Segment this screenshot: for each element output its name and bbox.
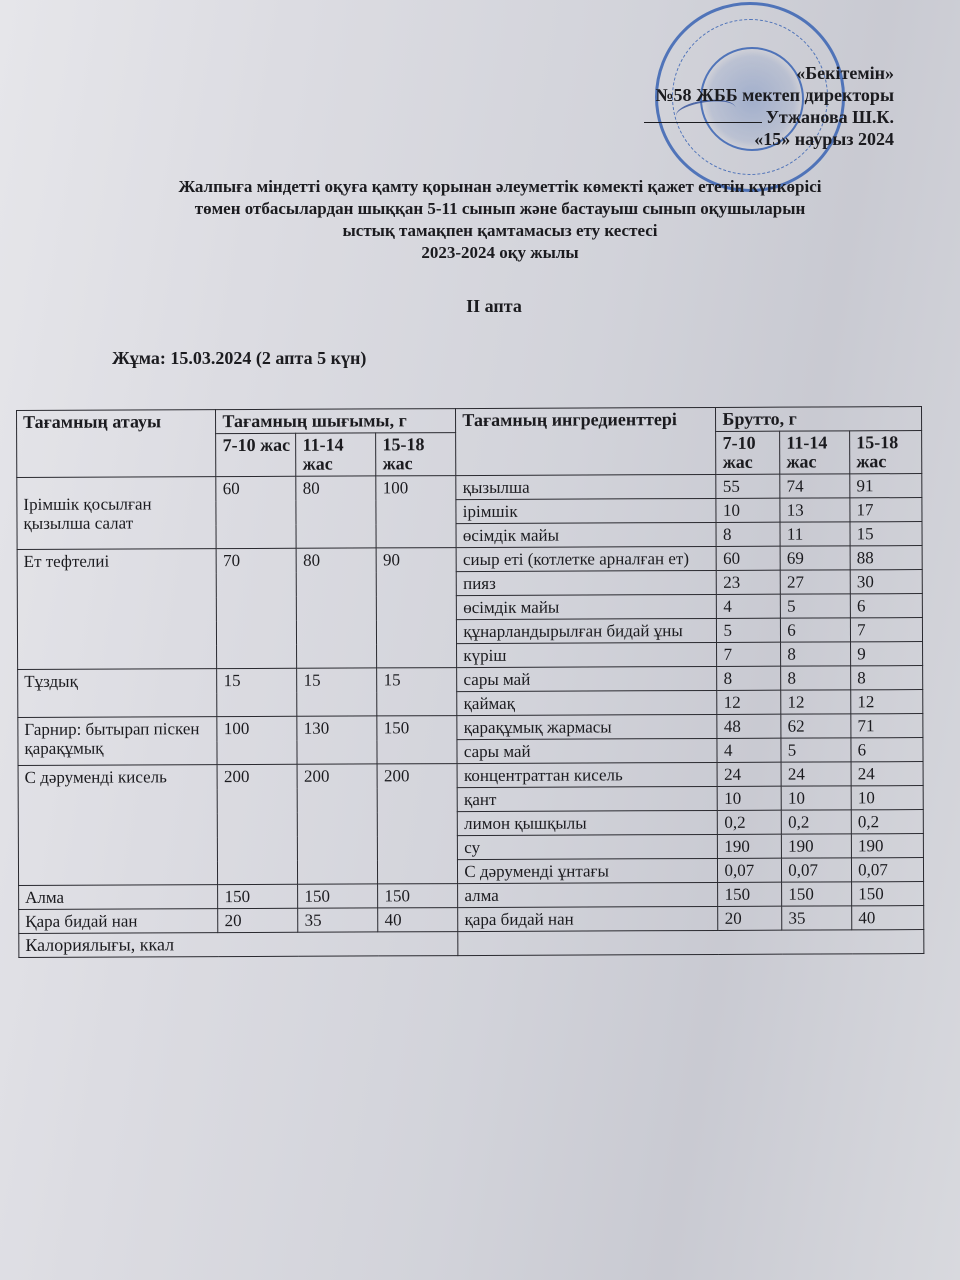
dish-yield-age-2: 80 xyxy=(296,548,376,668)
title-line-3: ыстық тамақпен қамтамасыз ету кестесі xyxy=(100,220,900,242)
dish-yield-age-3: 90 xyxy=(376,548,456,668)
ingredient-brutto-age-2: 190 xyxy=(782,834,852,858)
ingredient-brutto-age-2: 27 xyxy=(780,570,850,594)
signature-line xyxy=(644,122,762,123)
ingredient-brutto-age-1: 150 xyxy=(718,882,782,906)
ingredient-brutto-age-2: 150 xyxy=(782,882,852,906)
ingredient-brutto-age-2: 13 xyxy=(780,498,850,522)
ingredient-brutto-age-1: 7 xyxy=(717,642,781,666)
header-brutto-age-1: 7-10 жас xyxy=(716,431,780,474)
ingredient-brutto-age-3: 190 xyxy=(851,834,923,858)
ingredient-brutto-age-2: 35 xyxy=(782,906,852,930)
calories-label: Калориялығы, ккал xyxy=(19,932,458,958)
calories-row: Калориялығы, ккал xyxy=(19,930,924,958)
ingredient-brutto-age-1: 60 xyxy=(717,546,781,570)
approval-block: «Бекітемін» №58 ЖББ мектеп директоры Утж… xyxy=(644,62,894,150)
dish-yield-age-3: 150 xyxy=(377,716,457,764)
ingredient-name: қант xyxy=(457,786,717,811)
dish-yield-age-1: 15 xyxy=(217,668,297,716)
approval-date: «15» наурыз 2024 xyxy=(644,128,894,150)
ingredient-brutto-age-1: 23 xyxy=(717,570,781,594)
dish-name: Тұздық xyxy=(18,669,218,718)
header-yield-age-2: 11-14 жас xyxy=(296,433,376,476)
ingredient-name: сиыр еті (котлетке арналған ет) xyxy=(456,546,716,571)
ingredient-name: күріш xyxy=(457,642,717,667)
ingredient-brutto-age-3: 6 xyxy=(850,594,922,618)
dish-yield-age-1: 150 xyxy=(218,884,298,908)
ingredient-brutto-age-3: 40 xyxy=(852,906,924,930)
ingredient-brutto-age-3: 91 xyxy=(850,474,922,498)
ingredient-brutto-age-3: 10 xyxy=(851,786,923,810)
ingredient-brutto-age-2: 8 xyxy=(781,666,851,690)
ingredient-brutto-age-1: 12 xyxy=(717,690,781,714)
ingredient-name: қаймақ xyxy=(457,690,717,715)
dish-yield-age-3: 40 xyxy=(378,908,458,932)
ingredient-name: өсімдік майы xyxy=(456,522,716,547)
menu-body: Ірімшік қосылған қызылша салат6080100қыз… xyxy=(17,474,924,934)
header-yield: Тағамның шығымы, г xyxy=(216,409,456,434)
menu-table: Тағамның атауы Тағамның шығымы, г Тағамн… xyxy=(16,406,924,958)
ingredient-brutto-age-2: 10 xyxy=(781,786,851,810)
ingredient-brutto-age-2: 74 xyxy=(780,474,850,498)
dish-yield-age-2: 150 xyxy=(298,884,378,908)
ingredient-name: қарақұмық жармасы xyxy=(457,714,717,739)
dish-yield-age-3: 200 xyxy=(377,764,457,884)
dish-yield-age-1: 200 xyxy=(217,764,297,884)
dish-name: Ірімшік қосылған қызылша салат xyxy=(17,477,217,550)
ingredient-brutto-age-1: 0,07 xyxy=(718,858,782,882)
ingredient-brutto-age-1: 24 xyxy=(718,762,782,786)
ingredient-brutto-age-1: 0,2 xyxy=(718,810,782,834)
title-line-1: Жалпыға міндетті оқуға қамту қорынан әле… xyxy=(100,176,900,198)
ingredient-brutto-age-1: 5 xyxy=(717,618,781,642)
dish-yield-age-2: 200 xyxy=(297,764,377,884)
ingredient-name: С дәруменді ұнтағы xyxy=(458,858,718,883)
ingredient-brutto-age-3: 9 xyxy=(851,642,923,666)
header-yield-age-1: 7-10 жас xyxy=(216,433,296,476)
ingredient-brutto-age-3: 88 xyxy=(850,546,922,570)
ingredient-brutto-age-2: 69 xyxy=(780,546,850,570)
ingredient-brutto-age-3: 0,07 xyxy=(852,858,924,882)
ingredient-brutto-age-2: 5 xyxy=(781,738,851,762)
ingredient-brutto-age-2: 0,07 xyxy=(782,858,852,882)
dish-yield-age-1: 60 xyxy=(216,476,296,548)
dish-name: С дәруменді кисель xyxy=(18,765,218,886)
dish-name: Алма xyxy=(19,885,219,910)
ingredient-brutto-age-2: 8 xyxy=(781,642,851,666)
dish-yield-age-3: 100 xyxy=(376,476,456,548)
ingredient-name: пияз xyxy=(457,570,717,595)
dish-yield-age-3: 15 xyxy=(377,668,457,716)
title-line-4: 2023-2024 оқу жылы xyxy=(100,242,900,264)
ingredient-brutto-age-1: 4 xyxy=(717,594,781,618)
ingredient-brutto-age-3: 12 xyxy=(851,690,923,714)
header-brutto-age-2: 11-14 жас xyxy=(780,431,850,474)
dish-yield-age-3: 150 xyxy=(378,884,458,908)
ingredient-brutto-age-3: 17 xyxy=(850,498,922,522)
ingredient-brutto-age-1: 8 xyxy=(716,522,780,546)
ingredient-brutto-age-1: 55 xyxy=(716,474,780,498)
dish-yield-age-1: 20 xyxy=(218,908,298,932)
ingredient-brutto-age-1: 20 xyxy=(718,906,782,930)
header-brutto: Брутто, г xyxy=(716,407,922,432)
ingredient-brutto-age-1: 10 xyxy=(716,498,780,522)
ingredient-brutto-age-2: 6 xyxy=(781,618,851,642)
ingredient-brutto-age-3: 30 xyxy=(850,570,922,594)
ingredient-brutto-age-3: 71 xyxy=(851,714,923,738)
day-label: Жұма: 15.03.2024 (2 апта 5 күн) xyxy=(112,348,366,369)
approval-heading: «Бекітемін» xyxy=(644,62,894,84)
header-dish: Тағамның атауы xyxy=(17,410,217,478)
ingredient-name: ірімшік xyxy=(456,498,716,523)
ingredient-brutto-age-1: 4 xyxy=(717,738,781,762)
document-title: Жалпыға міндетті оқуға қамту қорынан әле… xyxy=(100,176,900,264)
ingredient-name: өсімдік майы xyxy=(457,594,717,619)
ingredient-brutto-age-1: 48 xyxy=(717,714,781,738)
dish-yield-age-1: 100 xyxy=(217,716,297,764)
ingredient-brutto-age-1: 8 xyxy=(717,666,781,690)
dish-yield-age-2: 130 xyxy=(297,716,377,764)
ingredient-name: сары май xyxy=(457,738,717,763)
ingredient-brutto-age-3: 0,2 xyxy=(851,810,923,834)
header-brutto-age-3: 15-18 жас xyxy=(850,431,922,474)
dish-name: Қара бидай нан xyxy=(19,909,219,934)
ingredient-name: сары май xyxy=(457,666,717,691)
approval-signer: Утжанова Ш.К. xyxy=(644,106,894,128)
ingredient-name: құнарландырылған бидай ұны xyxy=(457,618,717,643)
title-line-2: төмен отбасылардан шыққан 5-11 сынып жән… xyxy=(100,198,900,220)
ingredient-brutto-age-1: 10 xyxy=(718,786,782,810)
ingredient-name: алма xyxy=(458,882,718,907)
ingredient-brutto-age-3: 150 xyxy=(852,882,924,906)
ingredient-brutto-age-3: 6 xyxy=(851,738,923,762)
ingredient-brutto-age-3: 15 xyxy=(850,522,922,546)
header-yield-age-3: 15-18 жас xyxy=(376,433,456,476)
ingredient-brutto-age-2: 0,2 xyxy=(782,810,852,834)
dish-yield-age-2: 80 xyxy=(296,476,376,548)
dish-yield-age-2: 15 xyxy=(297,668,377,716)
week-label: II апта xyxy=(0,296,960,317)
dish-yield-age-1: 70 xyxy=(217,548,297,668)
ingredient-name: қызылша xyxy=(456,474,716,499)
ingredient-name: су xyxy=(458,834,718,859)
dish-yield-age-2: 35 xyxy=(298,908,378,932)
ingredient-name: концентраттан кисель xyxy=(457,762,717,787)
ingredient-brutto-age-1: 190 xyxy=(718,834,782,858)
ingredient-brutto-age-2: 62 xyxy=(781,714,851,738)
dish-name: Гарнир: бытырап піскен қарақұмық xyxy=(18,717,218,766)
ingredient-brutto-age-3: 24 xyxy=(851,762,923,786)
ingredient-name: қара бидай нан xyxy=(458,906,718,931)
header-ingredients: Тағамның ингредиенттері xyxy=(456,407,716,475)
ingredient-brutto-age-3: 8 xyxy=(851,666,923,690)
ingredient-brutto-age-2: 5 xyxy=(781,594,851,618)
ingredient-brutto-age-2: 11 xyxy=(780,522,850,546)
ingredient-brutto-age-2: 24 xyxy=(781,762,851,786)
ingredient-name: лимон қышқылы xyxy=(458,810,718,835)
approval-position: №58 ЖББ мектеп директоры xyxy=(644,84,894,106)
ingredient-brutto-age-3: 7 xyxy=(851,618,923,642)
dish-name: Ет тефтелиі xyxy=(17,549,217,670)
ingredient-brutto-age-2: 12 xyxy=(781,690,851,714)
calories-value xyxy=(458,930,924,956)
